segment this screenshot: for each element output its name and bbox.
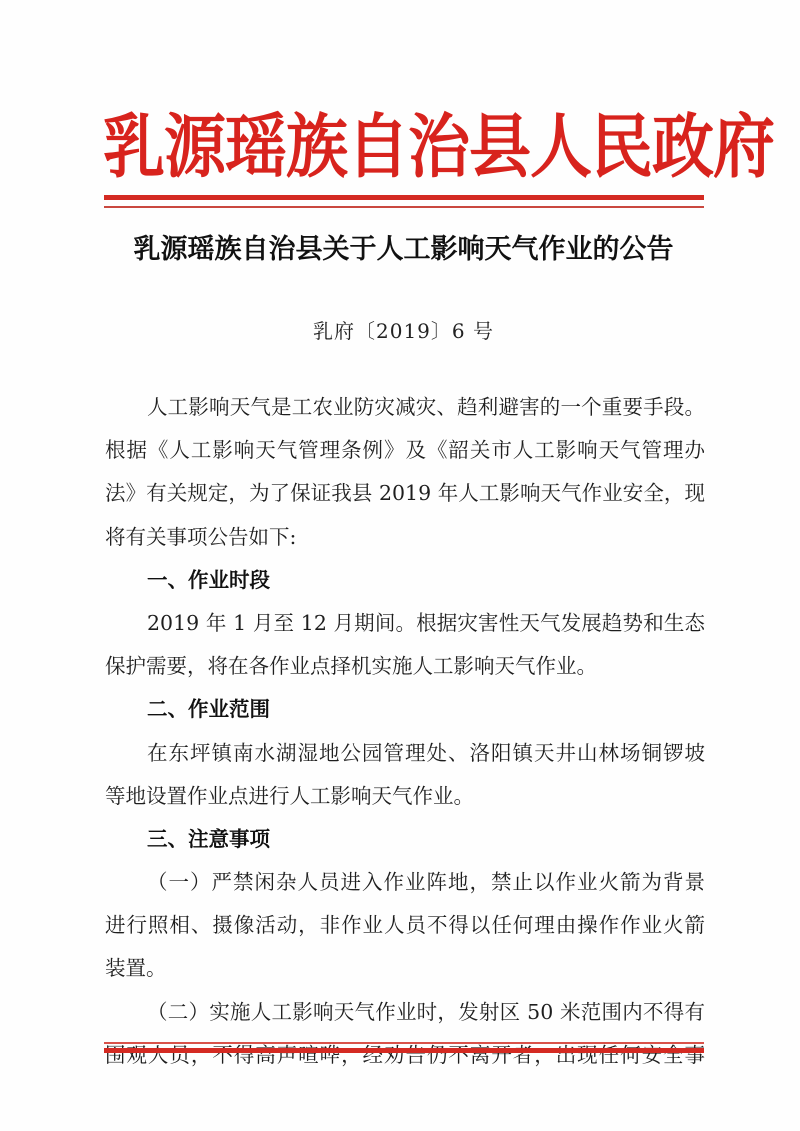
document-title: 乳源瑶族自治县关于人工影响天气作业的公告 — [100, 230, 707, 270]
paragraph-line: 根据《人工影响天气管理条例》及《韶关市人工影响天气管理办 — [105, 429, 705, 472]
paragraph-line: 人工影响天气是工农业防灾减灾、趋利避害的一个重要手段。 — [105, 386, 705, 429]
paragraph-line: 2019 年 1 月至 12 月期间。根据灾害性天气发展趋势和生态 — [105, 602, 705, 645]
paragraph-line: （二）实施人工影响天气作业时，发射区 50 米范围内不得有 — [105, 991, 705, 1034]
masthead-rule-thin — [104, 206, 704, 208]
section-heading-scope: 二、作业范围 — [105, 688, 705, 731]
paragraph-line: 法》有关规定，为了保证我县 2019 年人工影响天气作业安全，现 — [105, 472, 705, 515]
paragraph-line: 围观人员，不得高声喧哗，经劝告仍不离开者，出现任何安全事 — [105, 1034, 705, 1077]
document-body: 人工影响天气是工农业防灾减灾、趋利避害的一个重要手段。 根据《人工影响天气管理条… — [105, 386, 705, 1077]
paragraph-line: 在东坪镇南水湖湿地公园管理处、洛阳镇天井山林场铜锣坡 — [105, 732, 705, 775]
paragraph-line: 等地设置作业点进行人工影响天气作业。 — [105, 775, 705, 818]
paragraph-line: （一）严禁闲杂人员进入作业阵地，禁止以作业火箭为背景 — [105, 861, 705, 904]
paragraph-line: 将有关事项公告如下: — [105, 516, 705, 559]
masthead-rule-thick — [104, 195, 704, 200]
footer-rule-thin — [104, 1042, 704, 1044]
document-page: 乳源瑶族自治县人民政府 乳源瑶族自治县关于人工影响天气作业的公告 乳府〔2019… — [0, 0, 800, 1131]
paragraph-line: 装置。 — [105, 947, 705, 990]
masthead-title: 乳源瑶族自治县人民政府 — [103, 101, 704, 193]
section-heading-notes: 三、注意事项 — [105, 818, 705, 861]
paragraph-line: 进行照相、摄像活动，非作业人员不得以任何理由操作作业火箭 — [105, 904, 705, 947]
document-number: 乳府〔2019〕6 号 — [100, 316, 707, 346]
footer-rule-thick — [104, 1048, 704, 1053]
section-heading-period: 一、作业时段 — [105, 559, 705, 602]
paragraph-line: 保护需要，将在各作业点择机实施人工影响天气作业。 — [105, 645, 705, 688]
